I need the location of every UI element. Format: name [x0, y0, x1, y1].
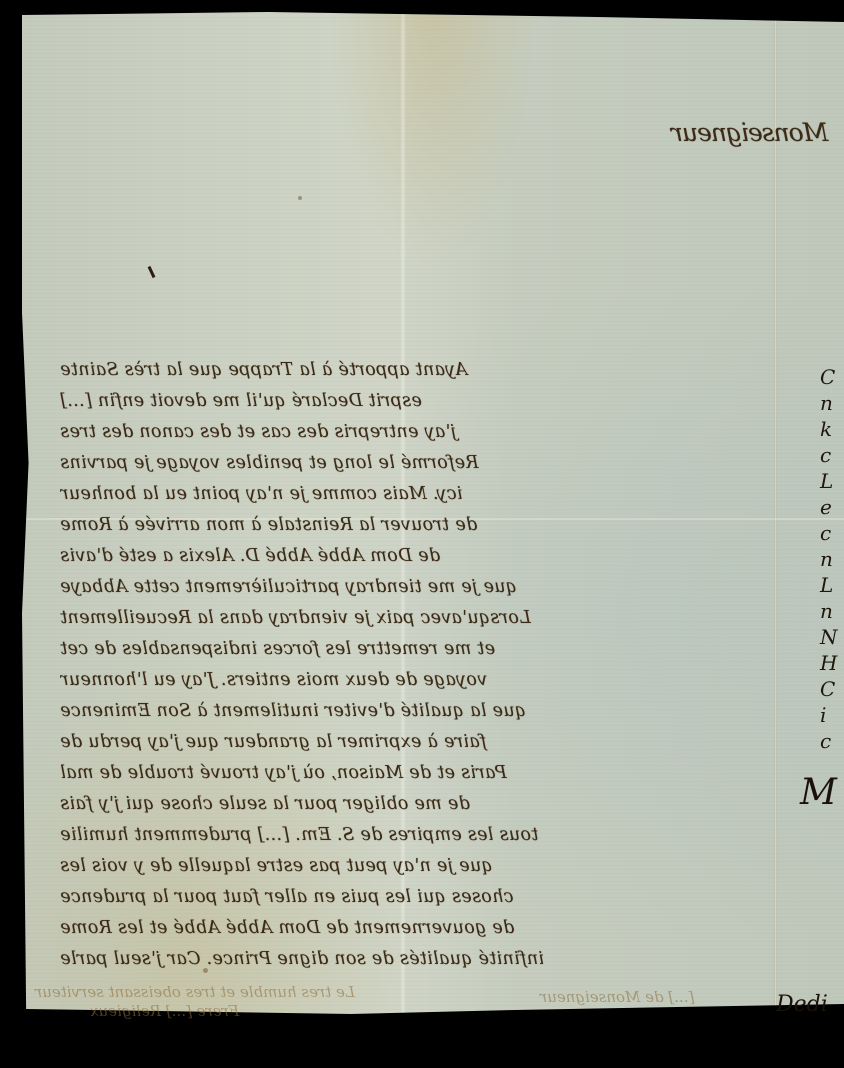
letter-line: Reformé le long et penibles voyage je pa… — [60, 453, 762, 484]
closing-faint-left: Le tres humble et tres obeissant servite… — [35, 983, 355, 1001]
stain-spot — [298, 196, 302, 200]
letter-line: de trouver la Reinstale à mon arrivée à … — [60, 515, 762, 546]
closing-faint-right: [...] de Monseigneur — [540, 988, 694, 1006]
letter-line: infinité qualités de son digne Prince. C… — [60, 949, 762, 980]
margin-large-letter: M — [800, 772, 837, 813]
margin-letter: C — [820, 677, 844, 703]
margin-letter: c — [820, 443, 844, 469]
verso-bottom-text: Dedi — [776, 992, 828, 1017]
letter-line: que la qualité d'eviter inutilement à So… — [60, 701, 762, 732]
letter-line: de gouvernement de Dom Abbé Abbé et les … — [60, 918, 762, 949]
letter-line: j'ay entrepris des cas et des canon des … — [60, 422, 762, 453]
letter-line: icy. Mais comme je n'ay point eu la bonh… — [60, 484, 762, 515]
letter-line: choses qui les puis en aller faut pour l… — [60, 887, 762, 918]
margin-letter: i — [820, 703, 844, 729]
letter-line: que je n'ay peut pas estre laquelle de y… — [60, 856, 762, 887]
margin-letter: n — [820, 391, 844, 417]
letter-line: de Dom Abbé Abbé D. Alexis a esté d'avis — [60, 546, 762, 577]
letter-line: et me remettre les forces indispensables… — [60, 639, 762, 670]
margin-letter: n — [820, 599, 844, 625]
sheet-fold-line — [774, 12, 777, 1014]
letter-line: esprit Declaré qu'il me devoit enfin [..… — [60, 391, 762, 422]
margin-letter: C — [820, 365, 844, 391]
margin-letter: N — [820, 625, 844, 651]
closing-faint-left-2: Frere [...] Religieux — [90, 1002, 239, 1020]
letter-line: de me obliger pour la seule chose qui j'… — [60, 794, 762, 825]
margin-letter: e — [820, 495, 844, 521]
margin-letter: L — [820, 469, 844, 495]
letter-line: voyage de deux mois entiers. J'ay eu l'h… — [60, 670, 762, 701]
salutation: Monseigneur — [672, 118, 828, 147]
margin-letter: H — [820, 651, 844, 677]
margin-letter: c — [820, 521, 844, 547]
letter-line: Paris et de Maison, où j'ay trouvé troub… — [60, 763, 762, 794]
verso-margin-letters: C n k c L e c n L n N H C i c — [820, 365, 844, 755]
margin-letter: k — [820, 417, 844, 443]
margin-letter: c — [820, 729, 844, 755]
margin-letter: L — [820, 573, 844, 599]
letter-body: Ayant apporté à la Trappe que la très Sa… — [60, 360, 762, 980]
letter-line: Lorsqu'avec paix je viendray dans la Rec… — [60, 608, 762, 639]
letter-line: faire à exprimer la grandeur que j'ay pe… — [60, 732, 762, 763]
letter-line: que je me tiendray particulièrement cett… — [60, 577, 762, 608]
letter-line: tous les empires de S. Em. [...] prudemm… — [60, 825, 762, 856]
letter-line: Ayant apporté à la Trappe que la très Sa… — [60, 360, 762, 391]
margin-letter: n — [820, 547, 844, 573]
